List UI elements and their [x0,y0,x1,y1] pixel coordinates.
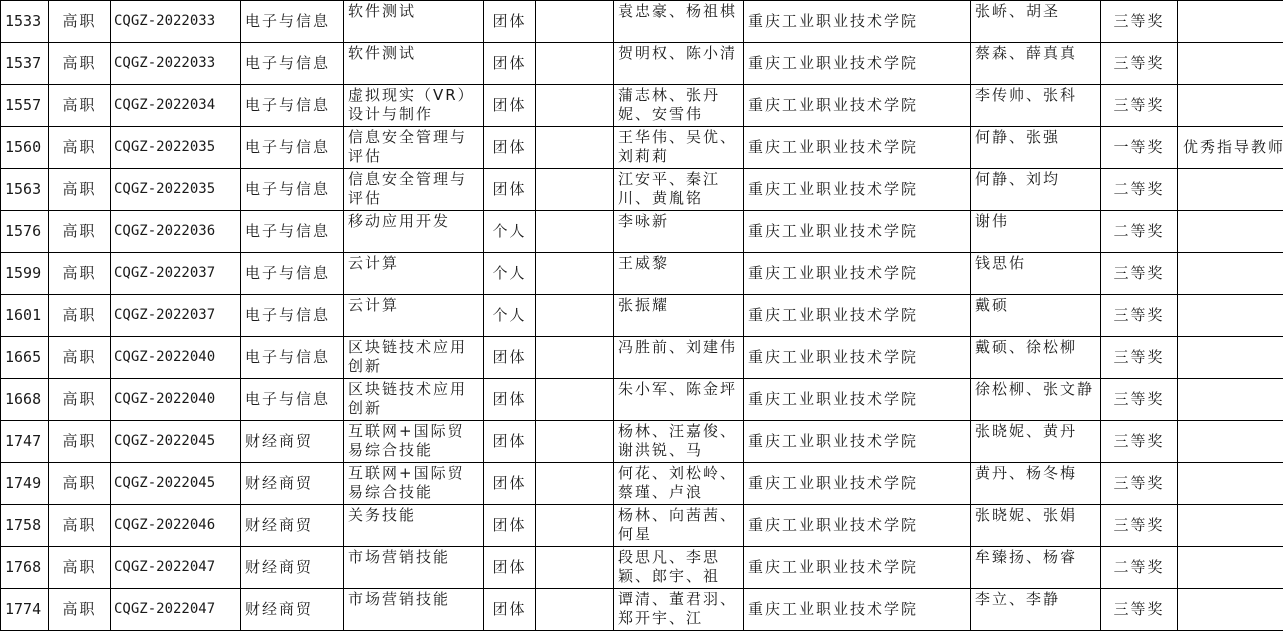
cell-event: 软件测试 [344,43,484,85]
cell-id: 1758 [1,505,49,547]
cell-id-text: 1601 [5,306,44,325]
cell-event-text: 软件测试 [348,44,479,63]
cell-teachers-text: 张晓妮、黄丹 [975,422,1096,441]
cell-id: 1774 [1,589,49,617]
cell-award: 三等奖 [1101,253,1178,295]
table-row: 1665高职CQGZ-2022040电子与信息区块链技术应用创新团体冯胜前、刘建… [1,337,1283,379]
cell-students: 段思凡、李思颖、郎宇、祖 [614,547,744,589]
cell-type-text: 团体 [488,348,531,367]
cell-note [1178,547,1283,589]
cell-category-text: 电子与信息 [245,138,339,157]
cell-note [1178,421,1283,463]
cell-school-text: 重庆工业职业技术学院 [748,600,966,616]
cell-type: 团体 [484,127,536,169]
cell-students: 贺明权、陈小清 [614,43,744,85]
cell-code-text: CQGZ-2022040 [114,390,236,409]
cell-category-text: 电子与信息 [245,96,339,115]
cell-level-text: 高职 [53,474,106,493]
cell-id-text: 1557 [5,96,44,115]
cell-blank [536,211,614,253]
cell-teachers: 李传帅、张科 [971,85,1101,127]
cell-code-text: CQGZ-2022047 [114,558,236,577]
cell-award-text: 三等奖 [1105,432,1173,451]
cell-note [1178,1,1283,43]
cell-teachers-text: 蔡森、薛真真 [975,44,1096,63]
cell-note [1178,505,1283,547]
cell-event-text: 互联网+国际贸易综合技能 [348,464,479,502]
cell-code-text: CQGZ-2022035 [114,138,236,157]
cell-students-text: 谭清、董君羽、郑开宇、江 [618,590,739,616]
table-row: 1599高职CQGZ-2022037电子与信息云计算个人王威黎重庆工业职业技术学… [1,253,1283,295]
cell-event-text: 信息安全管理与评估 [348,170,479,208]
cell-type-text: 团体 [488,432,531,451]
table-row: 1560高职CQGZ-2022035电子与信息信息安全管理与评估团体王华伟、吴优… [1,127,1283,169]
cell-school-text: 重庆工业职业技术学院 [748,264,966,283]
cell-code-text: CQGZ-2022040 [114,348,236,367]
cell-school-text: 重庆工业职业技术学院 [748,180,966,199]
cell-type: 团体 [484,589,536,617]
cell-category: 电子与信息 [241,127,344,169]
cell-code-text: CQGZ-2022046 [114,516,236,535]
cell-note [1178,43,1283,85]
cell-school: 重庆工业职业技术学院 [744,43,971,85]
cell-code-text: CQGZ-2022037 [114,306,236,325]
cell-school: 重庆工业职业技术学院 [744,505,971,547]
cell-students-text: 蒲志林、张丹妮、安雪伟 [618,86,739,124]
cell-type: 团体 [484,43,536,85]
cell-teachers: 徐松柳、张文静 [971,379,1101,421]
cell-teachers: 张晓妮、黄丹 [971,421,1101,463]
cell-school: 重庆工业职业技术学院 [744,211,971,253]
cell-category: 财经商贸 [241,463,344,505]
cell-id: 1560 [1,127,49,169]
cell-teachers: 黄丹、杨冬梅 [971,463,1101,505]
cell-award-text: 三等奖 [1105,474,1173,493]
cell-school: 重庆工业职业技术学院 [744,547,971,589]
cell-id-text: 1599 [5,264,44,283]
awards-table: 1533高职CQGZ-2022033电子与信息软件测试团体袁忠豪、杨祖棋重庆工业… [0,0,1283,616]
cell-event-text: 软件测试 [348,2,479,21]
cell-students-text: 王华伟、吴优、刘莉莉 [618,128,739,166]
cell-id-text: 1749 [5,474,44,493]
cell-id-text: 1768 [5,558,44,577]
cell-school-text: 重庆工业职业技术学院 [748,306,966,325]
cell-level-text: 高职 [53,306,106,325]
cell-award: 二等奖 [1101,547,1178,589]
cell-teachers-text: 何静、刘均 [975,170,1096,189]
cell-category: 电子与信息 [241,295,344,337]
cell-id: 1768 [1,547,49,589]
cell-students: 冯胜前、刘建伟 [614,337,744,379]
cell-teachers-text: 徐松柳、张文静 [975,380,1096,399]
cell-id-text: 1560 [5,138,44,157]
cell-students: 杨林、向茜茜、何星 [614,505,744,547]
cell-type: 个人 [484,295,536,337]
cell-award-text: 二等奖 [1105,222,1173,241]
cell-category-text: 电子与信息 [245,390,339,409]
cell-award: 三等奖 [1101,43,1178,85]
cell-students-text: 袁忠豪、杨祖棋 [618,2,739,21]
cell-blank [536,127,614,169]
cell-code-text: CQGZ-2022047 [114,600,236,616]
table-row: 1749高职CQGZ-2022045财经商贸互联网+国际贸易综合技能团体何花、刘… [1,463,1283,505]
cell-event-text: 关务技能 [348,506,479,525]
cell-level: 高职 [49,85,111,127]
cell-award: 三等奖 [1101,421,1178,463]
cell-category: 电子与信息 [241,85,344,127]
cell-id-text: 1668 [5,390,44,409]
cell-level: 高职 [49,1,111,43]
cell-code: CQGZ-2022037 [111,253,241,295]
cell-event: 区块链技术应用创新 [344,337,484,379]
table-row: 1774高职CQGZ-2022047财经商贸市场营销技能团体谭清、董君羽、郑开宇… [1,589,1283,617]
cell-award-text: 一等奖 [1105,138,1173,157]
cell-teachers: 蔡森、薛真真 [971,43,1101,85]
cell-award: 二等奖 [1101,169,1178,211]
cell-award-text: 二等奖 [1105,558,1173,577]
cell-type-text: 个人 [488,306,531,325]
cell-type-text: 团体 [488,54,531,73]
cell-category-text: 财经商贸 [245,516,339,535]
cell-id: 1537 [1,43,49,85]
cell-teachers-text: 戴硕 [975,296,1096,315]
cell-event: 互联网+国际贸易综合技能 [344,463,484,505]
cell-event-text: 市场营销技能 [348,590,479,609]
cell-level: 高职 [49,43,111,85]
cell-school-text: 重庆工业职业技术学院 [748,390,966,409]
cell-teachers: 李立、李静 [971,589,1101,617]
cell-id-text: 1563 [5,180,44,199]
cell-level: 高职 [49,127,111,169]
cell-blank [536,421,614,463]
cell-award: 三等奖 [1101,1,1178,43]
cell-type-text: 团体 [488,516,531,535]
cell-note: 优秀指导教师 [1178,127,1283,169]
cell-students-text: 贺明权、陈小清 [618,44,739,63]
cell-school: 重庆工业职业技术学院 [744,295,971,337]
cell-category: 财经商贸 [241,547,344,589]
cell-level: 高职 [49,295,111,337]
cell-students-text: 杨林、汪嘉俊、谢洪锐、马 [618,422,739,460]
cell-school: 重庆工业职业技术学院 [744,589,971,617]
cell-teachers-text: 牟臻扬、杨睿 [975,548,1096,567]
cell-event: 移动应用开发 [344,211,484,253]
cell-category-text: 电子与信息 [245,180,339,199]
table-row: 1758高职CQGZ-2022046财经商贸关务技能团体杨林、向茜茜、何星重庆工… [1,505,1283,547]
cell-school: 重庆工业职业技术学院 [744,169,971,211]
cell-level: 高职 [49,337,111,379]
cell-note [1178,169,1283,211]
cell-teachers: 何静、张强 [971,127,1101,169]
cell-award: 三等奖 [1101,295,1178,337]
cell-id-text: 1747 [5,432,44,451]
cell-category: 财经商贸 [241,505,344,547]
cell-type-text: 团体 [488,390,531,409]
table-row: 1533高职CQGZ-2022033电子与信息软件测试团体袁忠豪、杨祖棋重庆工业… [1,1,1283,43]
cell-type-text: 个人 [488,264,531,283]
cell-category: 电子与信息 [241,43,344,85]
cell-code-text: CQGZ-2022035 [114,180,236,199]
cell-id-text: 1537 [5,54,44,73]
cell-students-text: 朱小军、陈金坪 [618,380,739,399]
cell-level: 高职 [49,169,111,211]
cell-award: 三等奖 [1101,337,1178,379]
cell-blank [536,85,614,127]
cell-school-text: 重庆工业职业技术学院 [748,348,966,367]
cell-school-text: 重庆工业职业技术学院 [748,558,966,577]
cell-students: 杨林、汪嘉俊、谢洪锐、马 [614,421,744,463]
cell-level: 高职 [49,547,111,589]
cell-note [1178,295,1283,337]
cell-event: 互联网+国际贸易综合技能 [344,421,484,463]
cell-code: CQGZ-2022040 [111,337,241,379]
cell-type: 团体 [484,505,536,547]
table-row: 1601高职CQGZ-2022037电子与信息云计算个人张振耀重庆工业职业技术学… [1,295,1283,337]
cell-category-text: 财经商贸 [245,474,339,493]
cell-type: 团体 [484,337,536,379]
cell-level-text: 高职 [53,558,106,577]
cell-blank [536,169,614,211]
cell-teachers: 钱思佑 [971,253,1101,295]
cell-event-text: 云计算 [348,296,479,315]
cell-students: 蒲志林、张丹妮、安雪伟 [614,85,744,127]
cell-event-text: 区块链技术应用创新 [348,338,479,376]
cell-code: CQGZ-2022047 [111,589,241,617]
cell-level-text: 高职 [53,264,106,283]
cell-category-text: 电子与信息 [245,264,339,283]
cell-type-text: 团体 [488,474,531,493]
cell-award-text: 三等奖 [1105,12,1173,31]
cell-id: 1668 [1,379,49,421]
cell-code: CQGZ-2022033 [111,1,241,43]
cell-school: 重庆工业职业技术学院 [744,421,971,463]
cell-note [1178,85,1283,127]
cell-school-text: 重庆工业职业技术学院 [748,432,966,451]
cell-category-text: 电子与信息 [245,12,339,31]
cell-level: 高职 [49,505,111,547]
cell-students: 何花、刘松岭、蔡瑾、卢浪 [614,463,744,505]
cell-students: 朱小军、陈金坪 [614,379,744,421]
cell-event: 市场营销技能 [344,547,484,589]
cell-level-text: 高职 [53,432,106,451]
cell-type-text: 团体 [488,96,531,115]
cell-students-text: 江安平、秦江川、黄胤铭 [618,170,739,208]
cell-type-text: 个人 [488,222,531,241]
cell-level: 高职 [49,253,111,295]
cell-teachers-text: 张晓妮、张娟 [975,506,1096,525]
cell-school-text: 重庆工业职业技术学院 [748,516,966,535]
cell-category: 电子与信息 [241,379,344,421]
cell-id-text: 1576 [5,222,44,241]
cell-type-text: 团体 [488,558,531,577]
cell-event: 虚拟现实（VR）设计与制作 [344,85,484,127]
table-row: 1768高职CQGZ-2022047财经商贸市场营销技能团体段思凡、李思颖、郎宇… [1,547,1283,589]
cell-event: 区块链技术应用创新 [344,379,484,421]
cell-id: 1747 [1,421,49,463]
cell-code: CQGZ-2022036 [111,211,241,253]
cell-award-text: 三等奖 [1105,96,1173,115]
cell-students: 王威黎 [614,253,744,295]
cell-level-text: 高职 [53,390,106,409]
cell-award-text: 三等奖 [1105,600,1173,616]
cell-code-text: CQGZ-2022036 [114,222,236,241]
cell-event: 云计算 [344,295,484,337]
table-body: 1533高职CQGZ-2022033电子与信息软件测试团体袁忠豪、杨祖棋重庆工业… [1,1,1283,617]
cell-event-text: 移动应用开发 [348,212,479,231]
cell-code-text: CQGZ-2022045 [114,432,236,451]
cell-type: 个人 [484,211,536,253]
cell-code: CQGZ-2022033 [111,43,241,85]
cell-teachers-text: 黄丹、杨冬梅 [975,464,1096,483]
cell-school: 重庆工业职业技术学院 [744,337,971,379]
cell-award-text: 三等奖 [1105,54,1173,73]
cell-event: 信息安全管理与评估 [344,127,484,169]
cell-type: 团体 [484,463,536,505]
cell-blank [536,295,614,337]
cell-id-text: 1758 [5,516,44,535]
cell-level-text: 高职 [53,348,106,367]
cell-event: 市场营销技能 [344,589,484,617]
cell-level: 高职 [49,211,111,253]
cell-students: 王华伟、吴优、刘莉莉 [614,127,744,169]
cell-code: CQGZ-2022034 [111,85,241,127]
cell-level-text: 高职 [53,600,106,616]
cell-level: 高职 [49,421,111,463]
cell-id: 1749 [1,463,49,505]
cell-code: CQGZ-2022046 [111,505,241,547]
cell-level-text: 高职 [53,12,106,31]
cell-note [1178,589,1283,617]
cell-code: CQGZ-2022035 [111,169,241,211]
cell-category: 电子与信息 [241,337,344,379]
cell-code-text: CQGZ-2022034 [114,96,236,115]
cell-level-text: 高职 [53,180,106,199]
cell-students: 袁忠豪、杨祖棋 [614,1,744,43]
cell-award-text: 三等奖 [1105,348,1173,367]
cell-school-text: 重庆工业职业技术学院 [748,138,966,157]
cell-category-text: 电子与信息 [245,348,339,367]
cell-blank [536,547,614,589]
cell-category: 电子与信息 [241,1,344,43]
cell-code: CQGZ-2022047 [111,547,241,589]
cell-award: 三等奖 [1101,589,1178,617]
cell-students-text: 杨林、向茜茜、何星 [618,506,739,544]
cell-blank [536,379,614,421]
cell-teachers-text: 李传帅、张科 [975,86,1096,105]
cell-event-text: 信息安全管理与评估 [348,128,479,166]
cell-teachers: 谢伟 [971,211,1101,253]
table-row: 1537高职CQGZ-2022033电子与信息软件测试团体贺明权、陈小清重庆工业… [1,43,1283,85]
cell-event: 信息安全管理与评估 [344,169,484,211]
cell-award: 三等奖 [1101,379,1178,421]
cell-school-text: 重庆工业职业技术学院 [748,96,966,115]
cell-id-text: 1533 [5,12,44,31]
cell-category-text: 财经商贸 [245,600,339,616]
cell-id: 1563 [1,169,49,211]
cell-students: 张振耀 [614,295,744,337]
cell-level: 高职 [49,589,111,617]
cell-blank [536,589,614,617]
cell-event: 云计算 [344,253,484,295]
table-row: 1668高职CQGZ-2022040电子与信息区块链技术应用创新团体朱小军、陈金… [1,379,1283,421]
cell-teachers-text: 何静、张强 [975,128,1096,147]
cell-category: 电子与信息 [241,211,344,253]
cell-blank [536,337,614,379]
cell-students: 江安平、秦江川、黄胤铭 [614,169,744,211]
cell-category: 电子与信息 [241,169,344,211]
cell-award-text: 二等奖 [1105,180,1173,199]
cell-type: 团体 [484,169,536,211]
cell-blank [536,505,614,547]
cell-category: 财经商贸 [241,421,344,463]
cell-type: 团体 [484,379,536,421]
cell-code: CQGZ-2022045 [111,463,241,505]
cell-level: 高职 [49,463,111,505]
cell-level-text: 高职 [53,138,106,157]
cell-code-text: CQGZ-2022033 [114,12,236,31]
cell-id: 1576 [1,211,49,253]
cell-event: 软件测试 [344,1,484,43]
cell-school-text: 重庆工业职业技术学院 [748,222,966,241]
cell-category-text: 电子与信息 [245,222,339,241]
cell-category-text: 电子与信息 [245,306,339,325]
cell-school-text: 重庆工业职业技术学院 [748,474,966,493]
cell-event-text: 互联网+国际贸易综合技能 [348,422,479,460]
cell-school-text: 重庆工业职业技术学院 [748,12,966,31]
cell-students-text: 王威黎 [618,254,739,273]
cell-award: 二等奖 [1101,211,1178,253]
cell-code: CQGZ-2022035 [111,127,241,169]
cell-type-text: 团体 [488,600,531,616]
cell-school: 重庆工业职业技术学院 [744,463,971,505]
cell-id-text: 1665 [5,348,44,367]
cell-type-text: 团体 [488,12,531,31]
cell-category-text: 财经商贸 [245,558,339,577]
cell-code-text: CQGZ-2022045 [114,474,236,493]
cell-school: 重庆工业职业技术学院 [744,127,971,169]
cell-level-text: 高职 [53,96,106,115]
cell-code: CQGZ-2022045 [111,421,241,463]
cell-school: 重庆工业职业技术学院 [744,379,971,421]
cell-note [1178,253,1283,295]
cell-award-text: 三等奖 [1105,306,1173,325]
cell-school: 重庆工业职业技术学院 [744,85,971,127]
cell-teachers-text: 李立、李静 [975,590,1096,609]
cell-students-text: 段思凡、李思颖、郎宇、祖 [618,548,739,586]
table-row: 1576高职CQGZ-2022036电子与信息移动应用开发个人李咏新重庆工业职业… [1,211,1283,253]
cell-note [1178,337,1283,379]
cell-level: 高职 [49,379,111,421]
cell-school-text: 重庆工业职业技术学院 [748,54,966,73]
cell-event-text: 区块链技术应用创新 [348,380,479,418]
cell-teachers-text: 戴硕、徐松柳 [975,338,1096,357]
cell-school: 重庆工业职业技术学院 [744,1,971,43]
cell-type: 团体 [484,547,536,589]
cell-code: CQGZ-2022040 [111,379,241,421]
cell-teachers: 牟臻扬、杨睿 [971,547,1101,589]
cell-id: 1665 [1,337,49,379]
cell-id: 1533 [1,1,49,43]
cell-type: 团体 [484,85,536,127]
cell-teachers-text: 张峤、胡圣 [975,2,1096,21]
cell-event-text: 云计算 [348,254,479,273]
cell-event: 关务技能 [344,505,484,547]
cell-school: 重庆工业职业技术学院 [744,253,971,295]
cell-teachers: 张峤、胡圣 [971,1,1101,43]
cell-teachers: 戴硕 [971,295,1101,337]
cell-award-text: 三等奖 [1105,264,1173,283]
cell-blank [536,43,614,85]
